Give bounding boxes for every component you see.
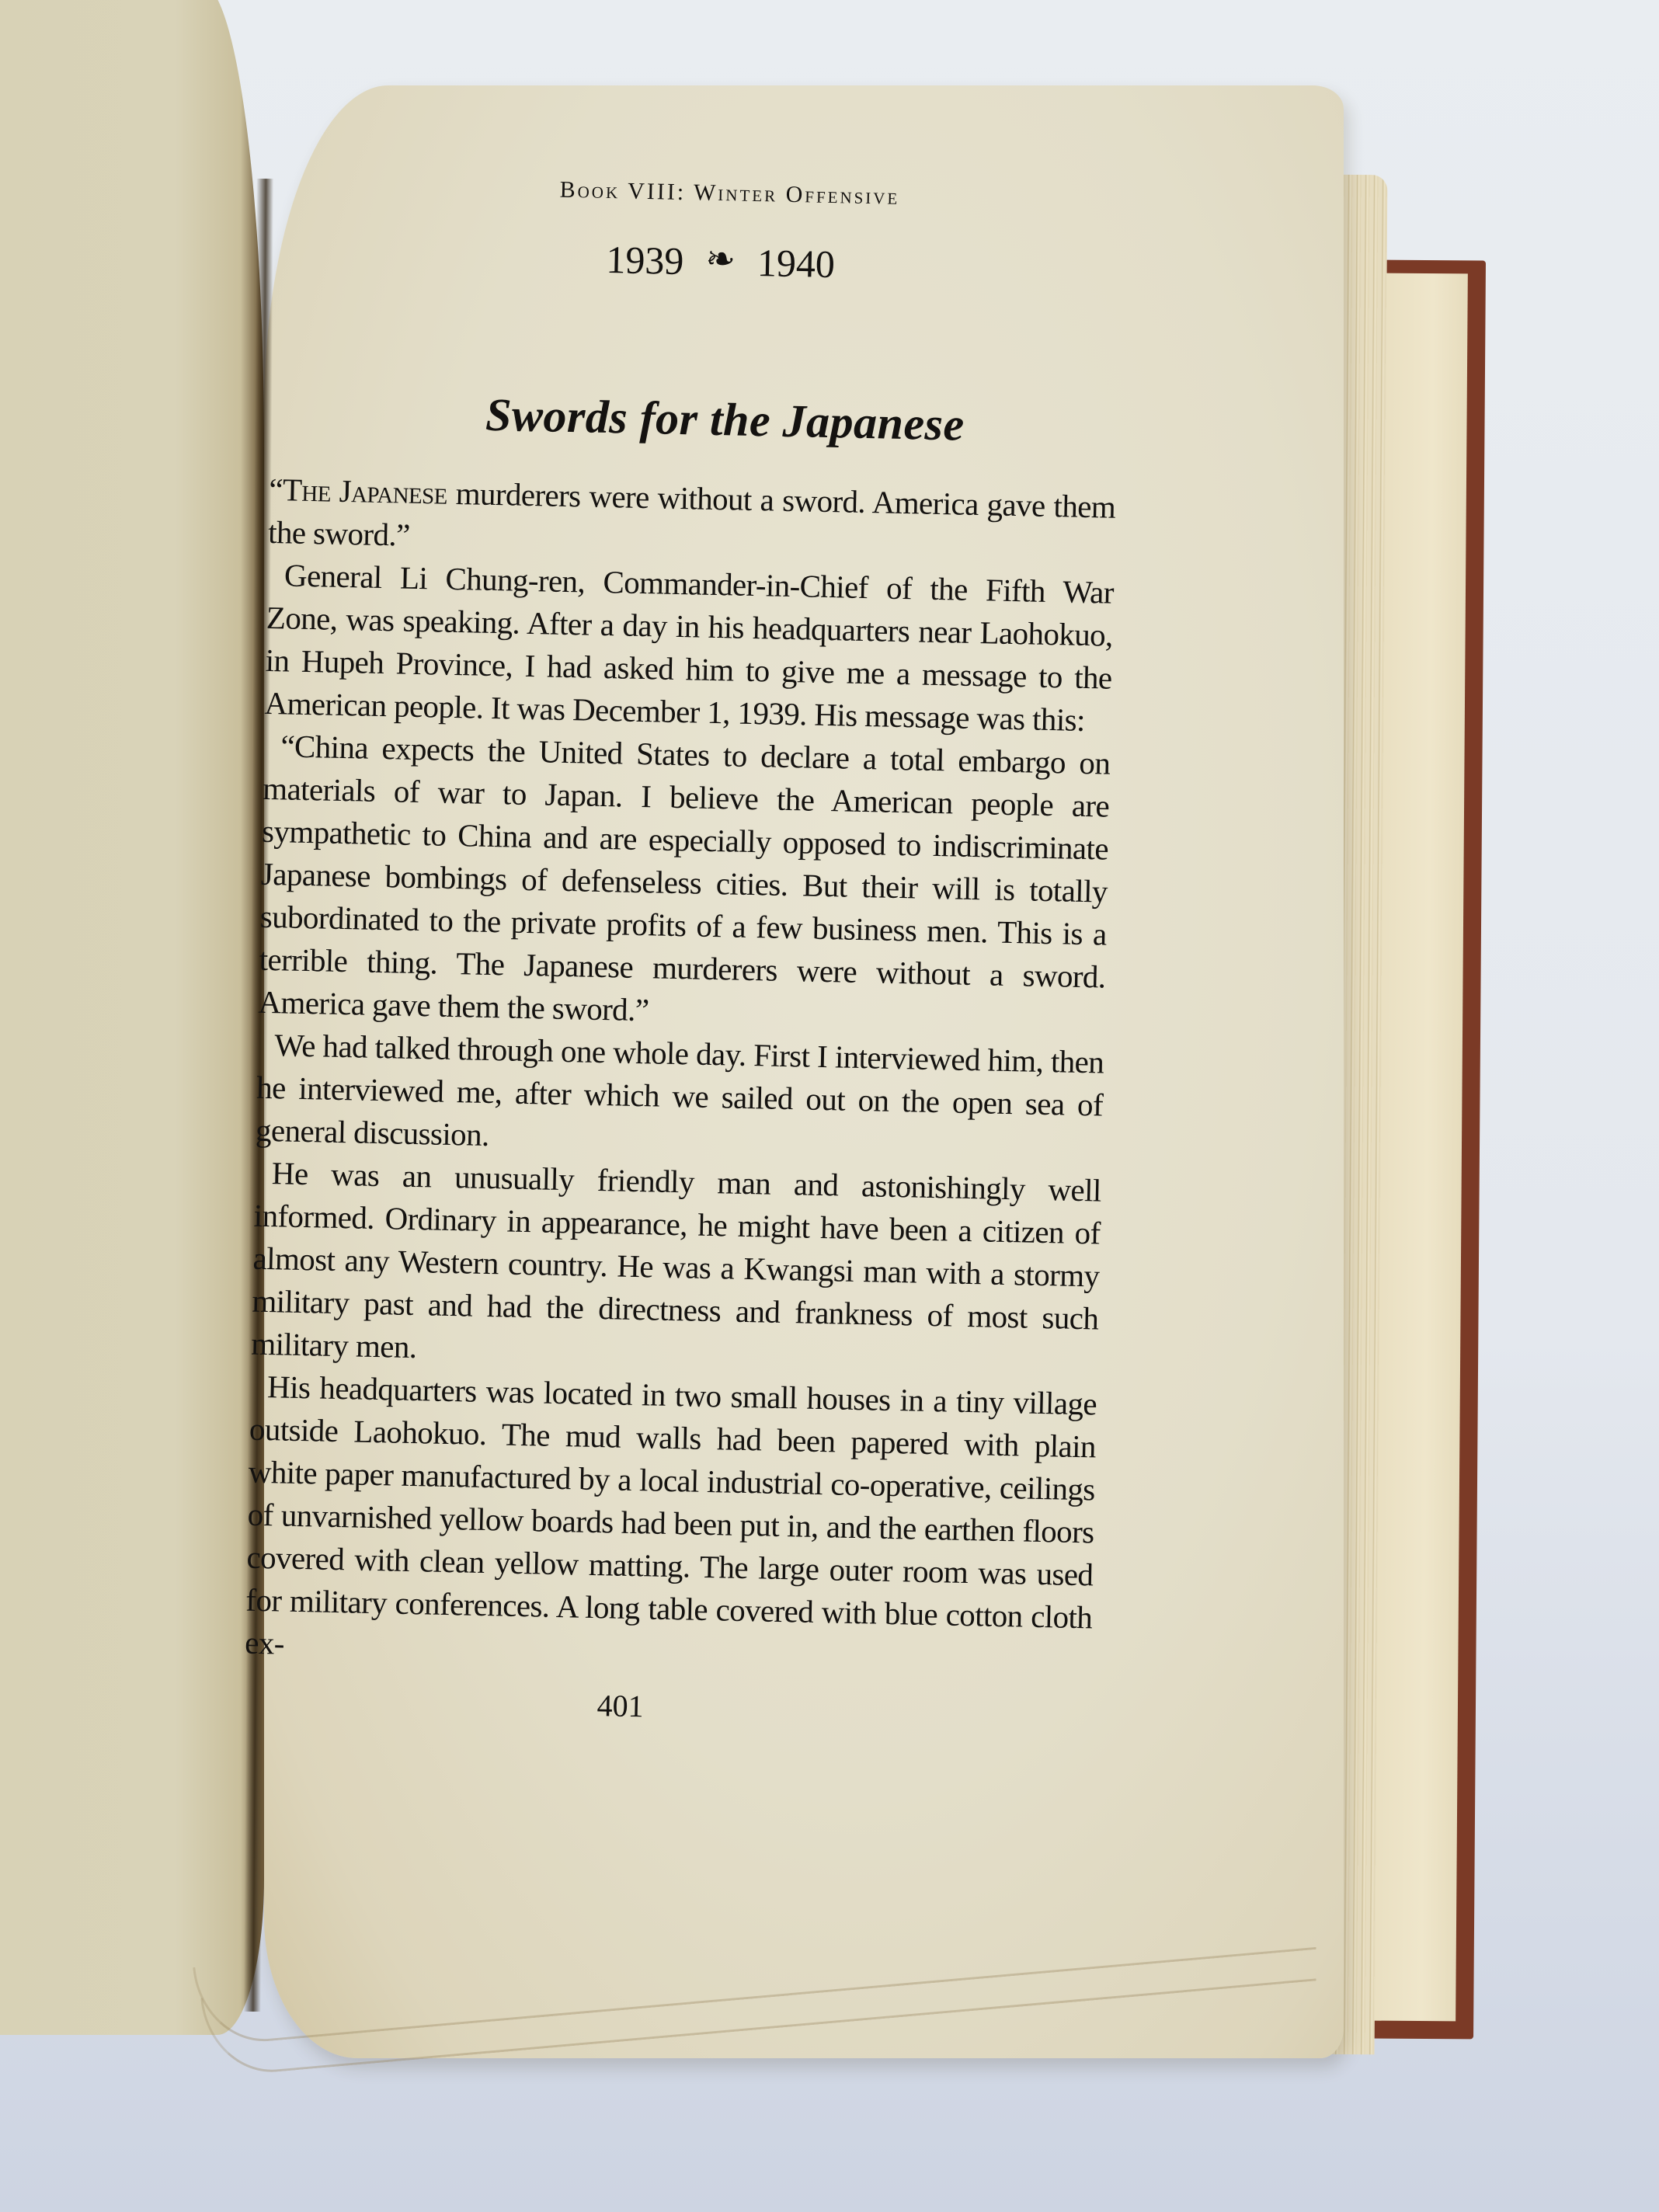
paragraph: He was an unusually friendly man and ast… (251, 1152, 1102, 1383)
leaf-ornament-icon: ❧ (705, 238, 736, 280)
paragraph: We had talked through one whole day. Fir… (256, 1024, 1104, 1170)
body-text: “The Japanese murderers were without a s… (245, 468, 1116, 1682)
chapter-title: Swords for the Japanese (332, 385, 1118, 455)
paragraph: “China expects the United States to decl… (258, 725, 1111, 1042)
year-start: 1939 (606, 237, 684, 283)
paragraph-lead-smallcaps: “The Japanese (269, 471, 447, 511)
year-end: 1940 (756, 240, 835, 287)
paragraph: General Li Chung-ren, Commander-in-Chief… (264, 554, 1114, 743)
left-page (0, 0, 264, 2035)
paragraph: His headquarters was located in two smal… (245, 1365, 1097, 1682)
year-range: 1939 ❧ 1940 (320, 231, 1121, 293)
page-content: Book VIII: Winter Offensive 1939 ❧ 1940 … (243, 171, 1122, 1734)
